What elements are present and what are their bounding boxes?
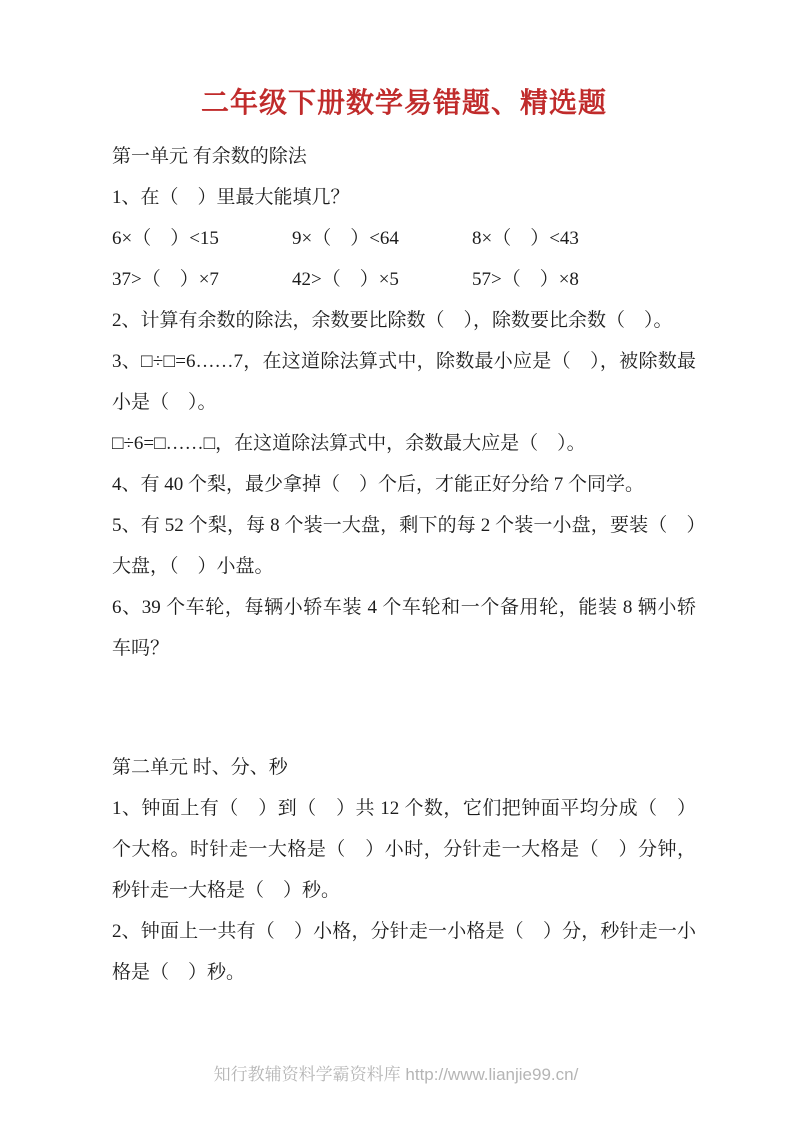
equation-row-2: 37>（ ）×7 42>（ ）×5 57>（ ）×8 (112, 259, 696, 300)
equation: 6×（ ）<15 (112, 218, 292, 259)
section-unit-2: 第二单元 时、分、秒 1、钟面上有（ ）到（ ）共 12 个数，它们把钟面平均分… (112, 747, 696, 993)
page-footer: 知行教辅资料学霸资料库 http://www.lianjie99.cn/ (0, 1064, 792, 1086)
equation: 9×（ ）<64 (292, 218, 472, 259)
section-unit-1: 第一单元 有余数的除法 1、在（ ）里最大能填几？ 6×（ ）<15 9×（ ）… (112, 136, 696, 669)
equation: 37>（ ）×7 (112, 259, 292, 300)
question-1-2: 2、计算有余数的除法，余数要比除数（ ），除数要比余数（ ）。 (112, 300, 696, 341)
question-2-1: 1、钟面上有（ ）到（ ）共 12 个数，它们把钟面平均分成（ ）个大格。时针走… (112, 788, 696, 911)
section-1-heading: 第一单元 有余数的除法 (112, 136, 696, 177)
question-1-5: 5、有 52 个梨，每 8 个装一大盘，剩下的每 2 个装一小盘，要装（ ）大盘… (112, 505, 696, 587)
equation: 57>（ ）×8 (472, 259, 696, 300)
question-1-3b: □÷6=□……□，在这道除法算式中，余数最大应是（ ）。 (112, 423, 696, 464)
question-2-2: 2、钟面上一共有（ ）小格，分针走一小格是（ ）分，秒针走一小格是（ ）秒。 (112, 911, 696, 993)
question-1-6: 6、39 个车轮，每辆小轿车装 4 个车轮和一个备用轮，能装 8 辆小轿车吗？ (112, 587, 696, 669)
question-1-3: 3、□÷□=6……7，在这道除法算式中，除数最小应是（ ），被除数最小是（ ）。 (112, 341, 696, 423)
worksheet-page: 二年级下册数学易错题、精选题 第一单元 有余数的除法 1、在（ ）里最大能填几？… (0, 0, 792, 1122)
equation: 42>（ ）×5 (292, 259, 472, 300)
question-1-1: 1、在（ ）里最大能填几？ (112, 177, 696, 218)
equation: 8×（ ）<43 (472, 218, 696, 259)
section-2-heading: 第二单元 时、分、秒 (112, 747, 696, 788)
question-1-4: 4、有 40 个梨，最少拿掉（ ）个后，才能正好分给 7 个同学。 (112, 464, 696, 505)
page-title: 二年级下册数学易错题、精选题 (112, 86, 696, 122)
equation-row-1: 6×（ ）<15 9×（ ）<64 8×（ ）<43 (112, 218, 696, 259)
